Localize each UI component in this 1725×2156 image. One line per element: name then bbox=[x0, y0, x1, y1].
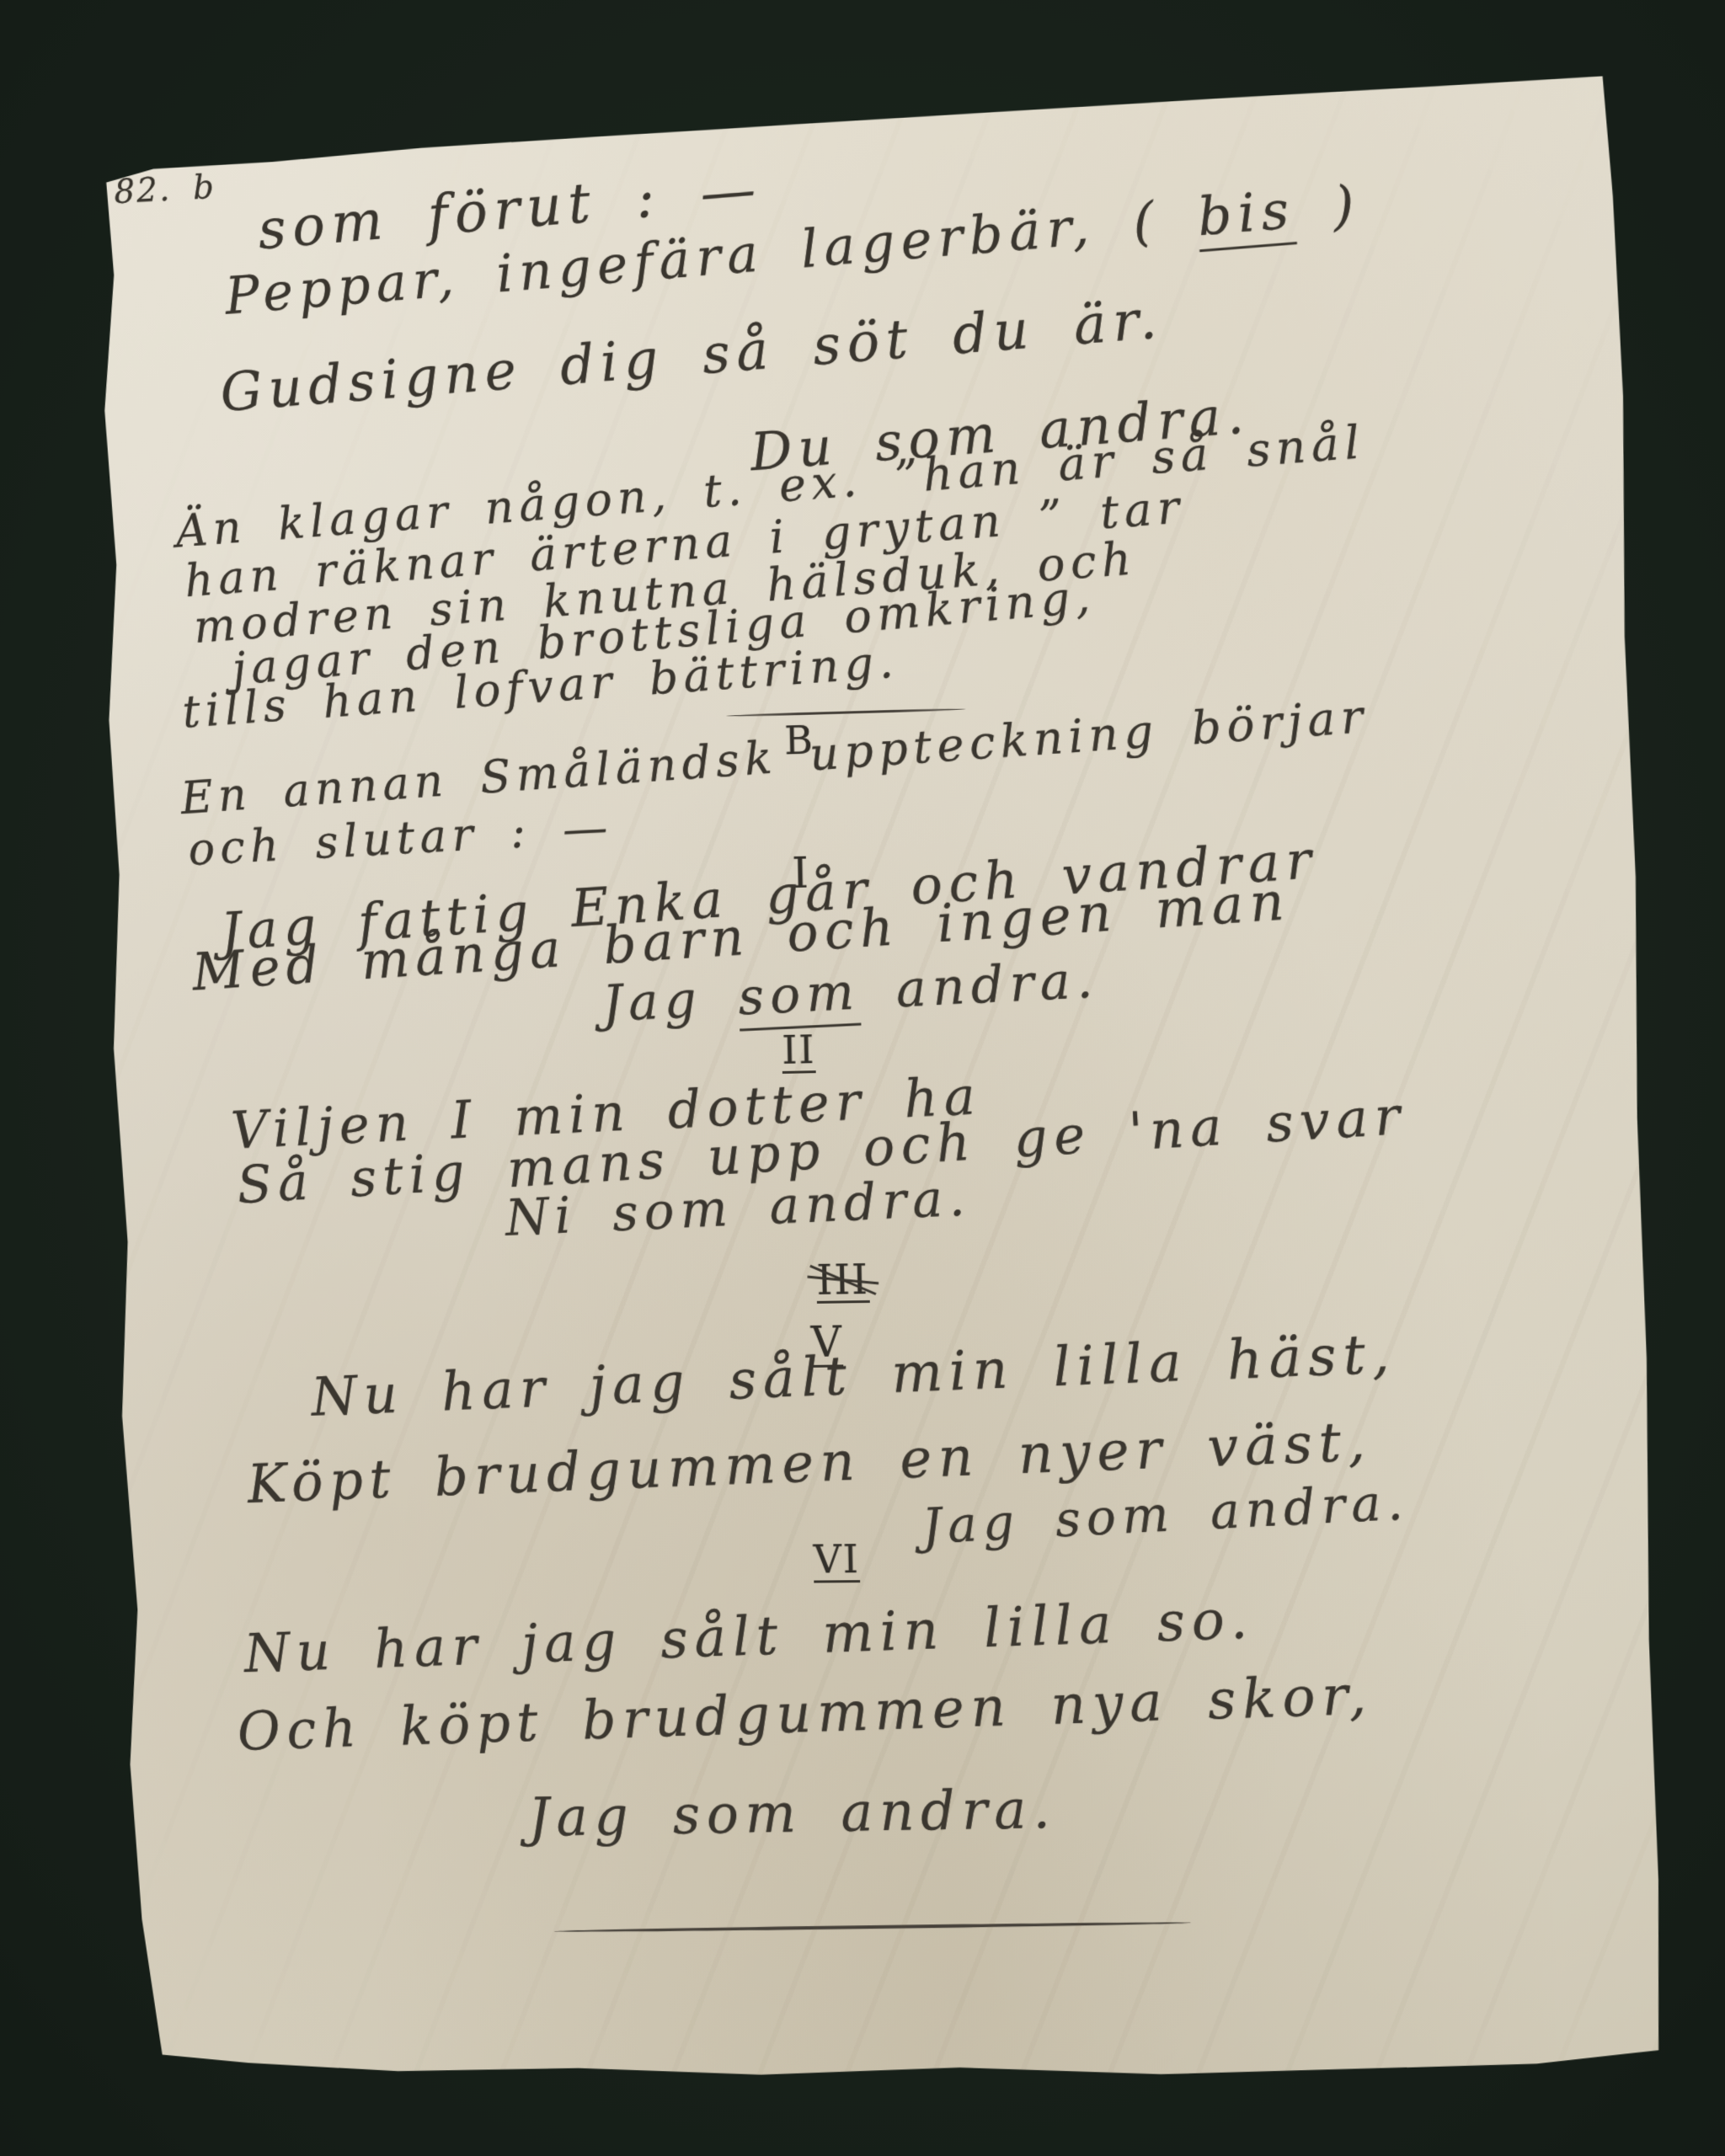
refrain-text: andra. bbox=[858, 950, 1100, 1021]
manuscript-line: Nu har jag sålt min lilla häst, bbox=[310, 1326, 1397, 1424]
refrain-line: Jag som andra. bbox=[921, 1477, 1410, 1551]
refrain-line: Jag som andra. bbox=[527, 1783, 1057, 1845]
line-text: ) bbox=[1293, 173, 1362, 240]
stanza-numeral-2: II bbox=[782, 1030, 816, 1074]
manuscript-page: 82. b som förut : — Peppar, ingefära lag… bbox=[93, 75, 1664, 2080]
stanza-numeral-struck: III bbox=[816, 1260, 869, 1304]
refrain-text: Jag bbox=[601, 969, 740, 1034]
stanza-numeral-6: VI bbox=[813, 1540, 860, 1582]
closing-flourish-line bbox=[553, 1921, 1191, 1933]
section-divider-line bbox=[726, 708, 965, 718]
underlined-word-bis: bis bbox=[1196, 179, 1297, 253]
crossed-out-numeral: III bbox=[816, 1260, 869, 1304]
manuscript-line: Och köpt brudgummen nya skor, bbox=[237, 1668, 1375, 1759]
underlined-word-som: som bbox=[737, 963, 862, 1032]
photo-background: 82. b som förut : — Peppar, ingefära lag… bbox=[0, 0, 1725, 2156]
archive-number-annotation: 82. b bbox=[114, 170, 216, 209]
manuscript-line: Nu har jag sålt min lilla so. bbox=[243, 1593, 1256, 1681]
